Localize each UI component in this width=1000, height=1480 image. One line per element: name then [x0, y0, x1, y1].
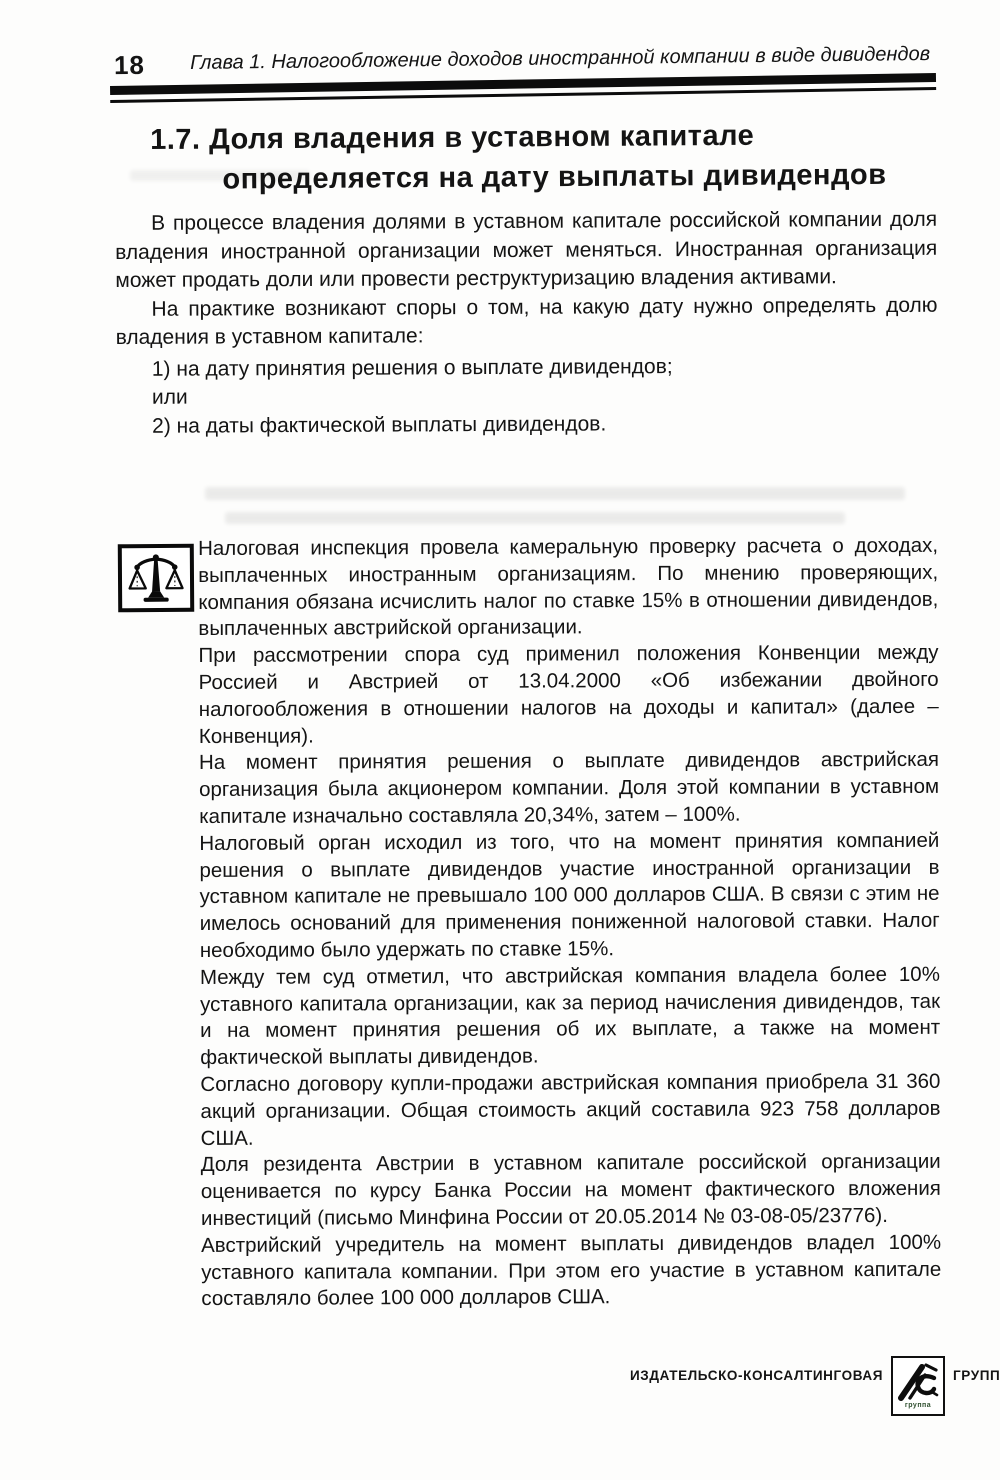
book-page: 18 Глава 1. Налогообложение доходов инос…: [0, 0, 1000, 1480]
intro-section: В процессе владения долями в уставном ка…: [115, 206, 938, 441]
publisher-label-right: ГРУППА: [953, 1356, 1000, 1383]
intro-paragraph: На практике возникают споры о том, на ка…: [115, 291, 937, 352]
section-heading: 1.7. Доля владения в уставном капитале о…: [150, 114, 951, 200]
case-paragraph: При рассмотрении спора суд применил поло…: [198, 640, 938, 750]
intro-list-item: 1) на дату принятия решения о выплате ди…: [152, 351, 938, 384]
case-paragraph: На момент принятия решения о выплате див…: [199, 747, 939, 831]
intro-list-item: или: [152, 380, 938, 413]
intro-list: 1) на дату принятия решения о выплате ди…: [116, 351, 938, 441]
publisher-logo-icon: группа: [891, 1356, 945, 1416]
case-paragraph: Согласно договору купли-продажи австрийс…: [200, 1069, 940, 1153]
case-paragraph: Австрийский учредитель на момент выплаты…: [201, 1229, 941, 1313]
case-paragraph: Налоговый орган исходил из того, что на …: [199, 828, 940, 965]
case-paragraph: Доля резидента Австрии в уставном капита…: [201, 1149, 941, 1233]
section-heading-line2: определяется на дату выплаты дивидендов: [222, 154, 950, 199]
intro-paragraph: В процессе владения долями в уставном ка…: [115, 206, 937, 296]
scales-of-justice-icon: [118, 544, 194, 613]
logo-caption: группа: [905, 1402, 931, 1409]
header-rule: [110, 73, 936, 103]
page-number: 18: [114, 50, 145, 81]
section-heading-line1: 1.7. Доля владения в уставном капитале: [150, 114, 950, 160]
running-title: Глава 1. Налогообложение доходов иностра…: [190, 43, 890, 75]
case-paragraph: Между тем суд отметил, что австрийская к…: [200, 962, 940, 1072]
publisher-imprint: ИЗДАТЕЛЬСКО-КОНСАЛТИНГОВАЯ группа ГРУППА: [630, 1356, 1000, 1416]
publisher-label-left: ИЗДАТЕЛЬСКО-КОНСАЛТИНГОВАЯ: [630, 1356, 883, 1383]
intro-list-item: 2) на даты фактической выплаты дивидендо…: [152, 408, 938, 441]
showthrough-artifact: [205, 487, 905, 500]
case-paragraph: Налоговая инспекция провела камеральную …: [198, 533, 938, 643]
showthrough-artifact: [225, 512, 845, 524]
case-text: Налоговая инспекция провела камеральную …: [198, 533, 941, 1313]
